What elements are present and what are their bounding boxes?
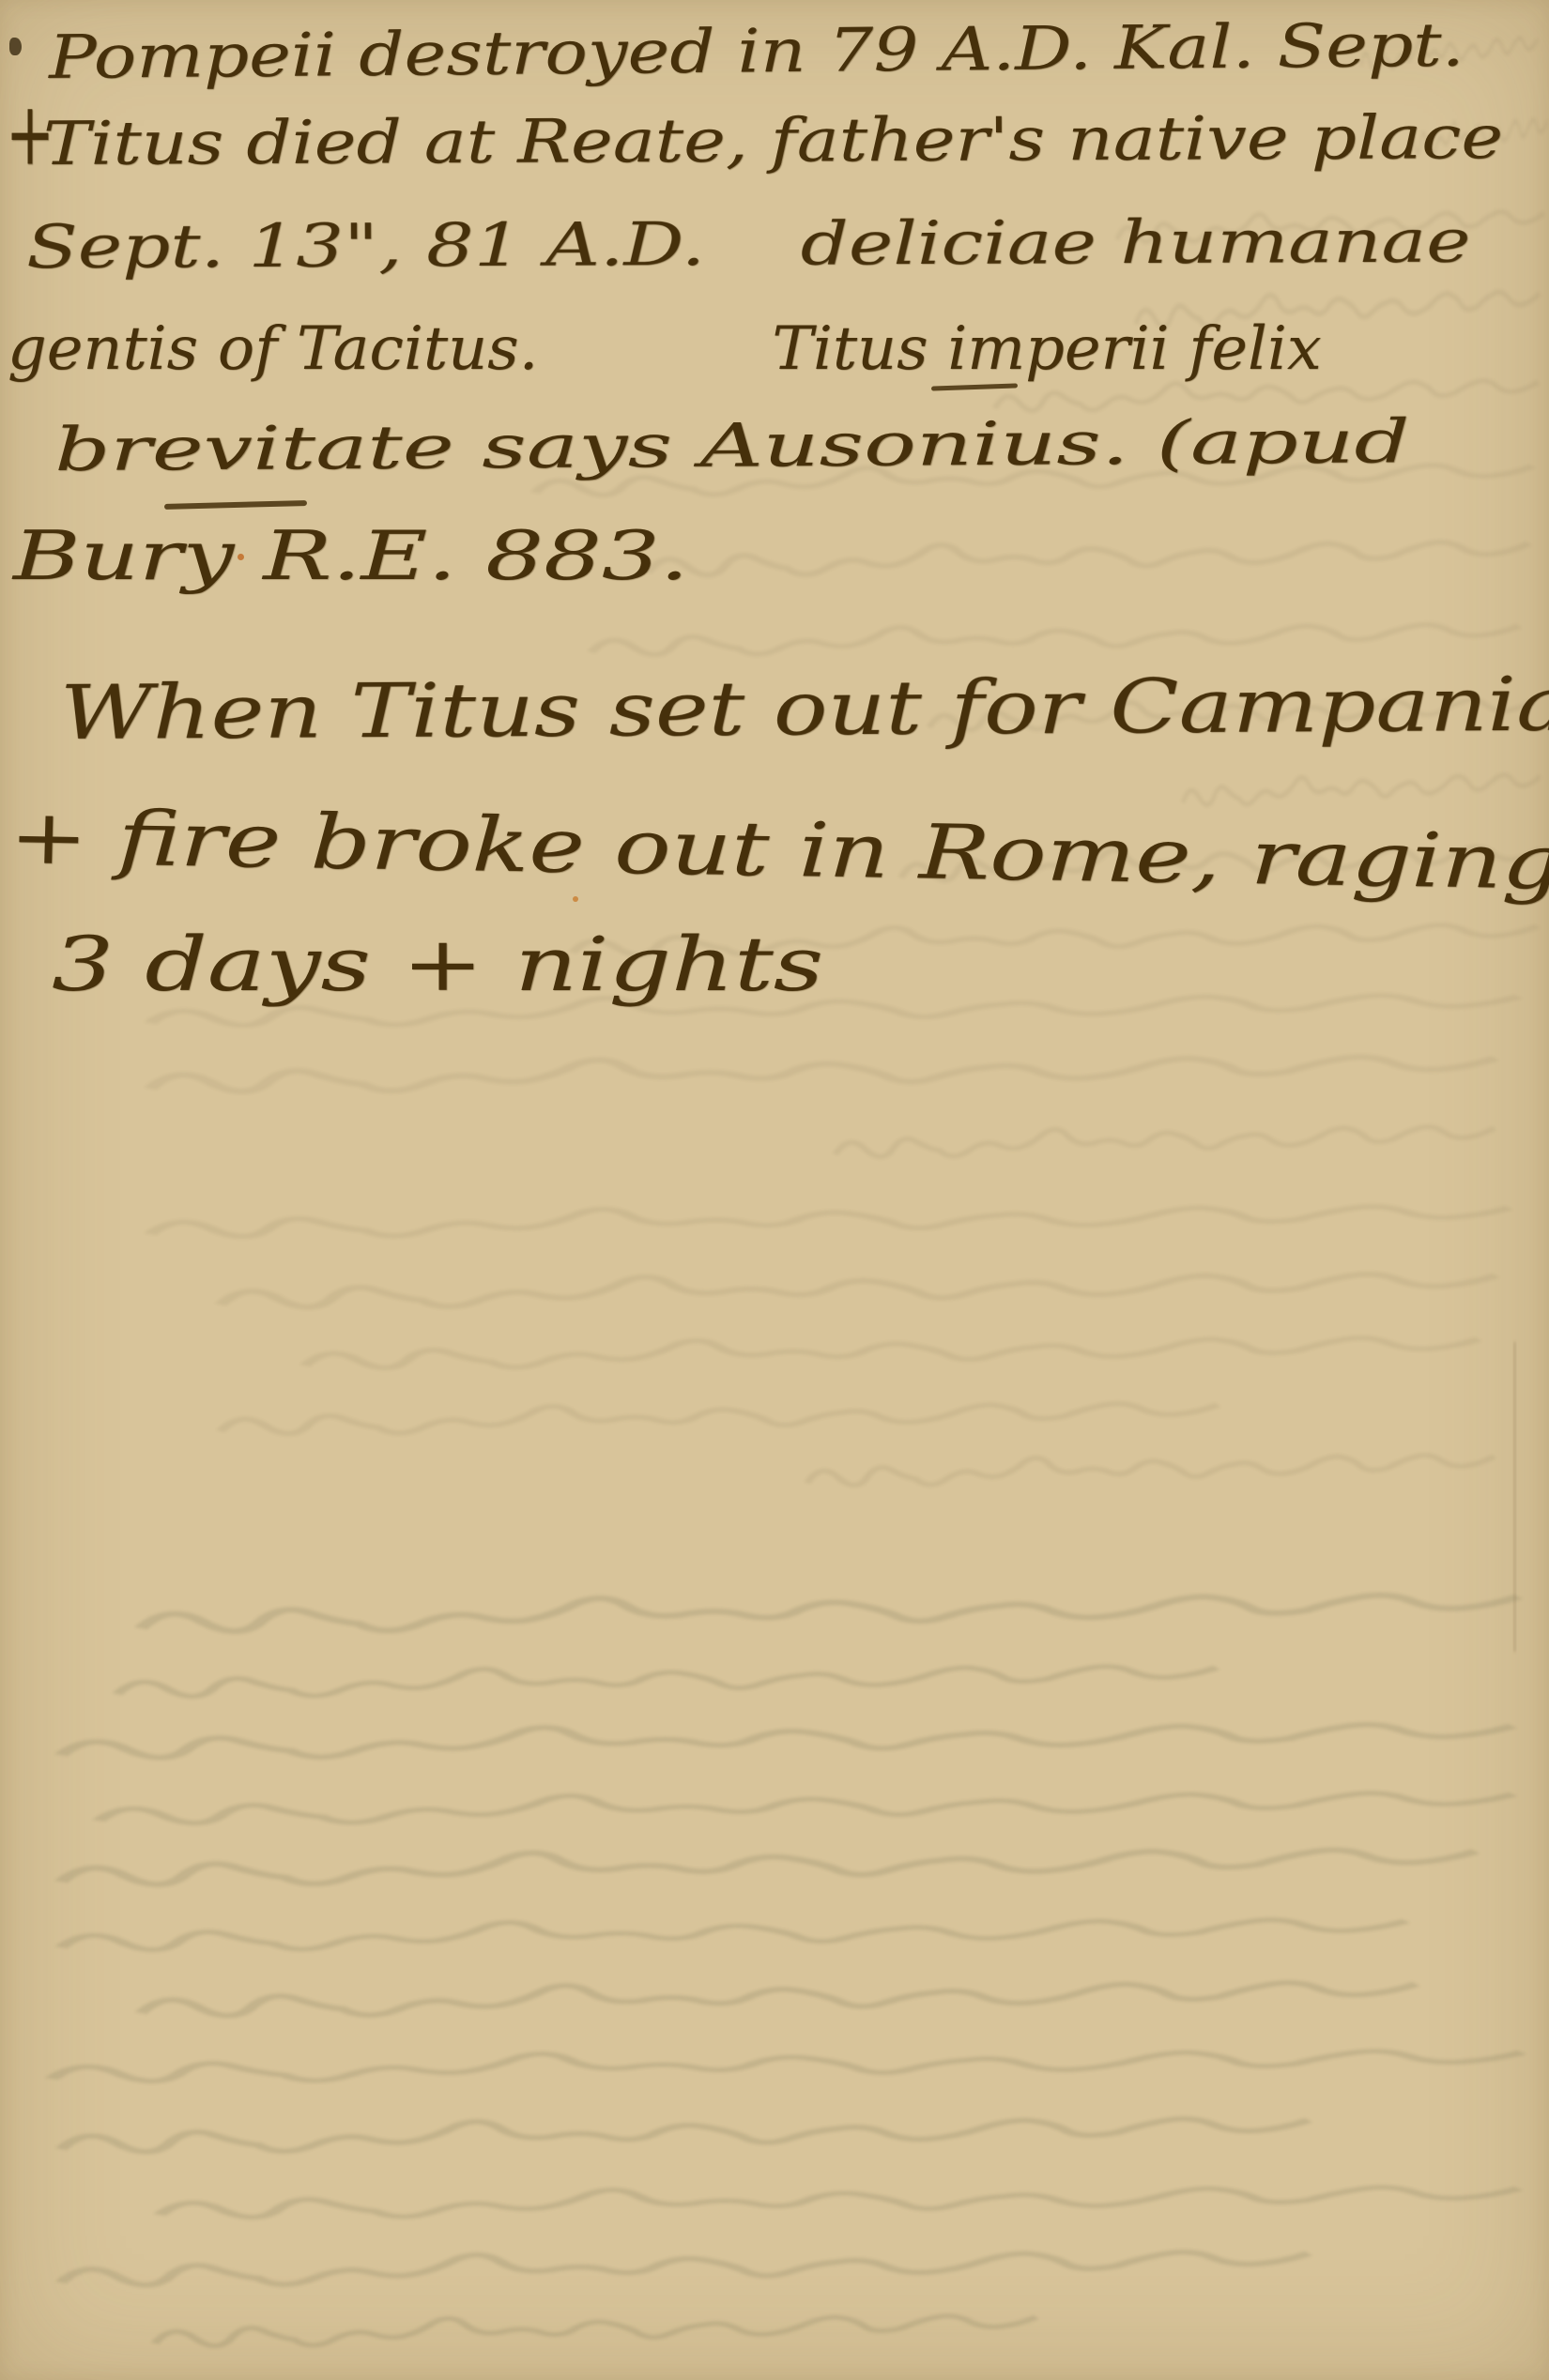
handwritten-line: Titus died at Reate, father's native pla… [43,108,1504,175]
paper-crease [1513,1342,1516,1652]
handwritten-line: When Titus set out for Campania, [60,666,1549,751]
handwritten-line: 3 days + nights [52,927,823,1002]
handwritten-line: brevitate says Ausonius. (apud [54,412,1411,481]
paper-speck [9,38,22,55]
handwritten-line: Pompeii destroyed in 79 A.D. Kal. Sept. [49,16,1465,88]
paper-speck [573,896,578,902]
handwritten-line: gentis of Tacitus. Titus imperii felix [8,319,1322,379]
notebook-page: + Pompeii destroyed in 79 A.D. Kal. Sept… [0,0,1549,2380]
handwritten-line: Bury R.E. 883. [13,522,689,589]
handwritten-line: Sept. 13", 81 A.D. deliciae humanae [26,212,1471,278]
